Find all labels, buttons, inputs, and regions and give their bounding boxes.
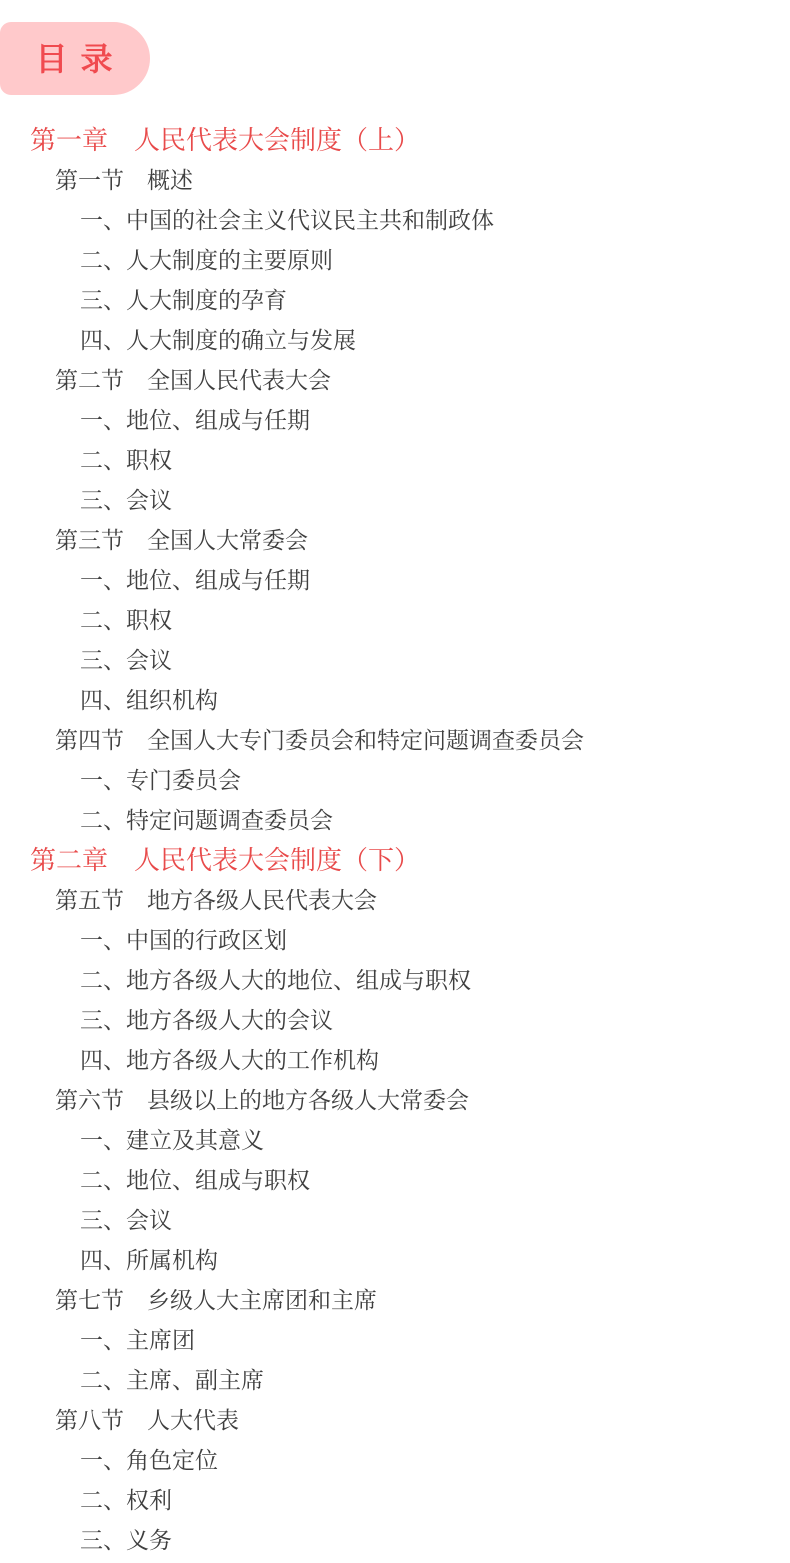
toc-entry-item: 一、中国的社会主义代议民主共和制政体 [0, 200, 790, 240]
toc-entry-item: 一、主席团 [0, 1320, 790, 1360]
toc-list: 第一章 人民代表大会制度（上） 第一节 概述 一、中国的社会主义代议民主共和制政… [0, 120, 790, 1560]
toc-entry-text: 第一章 人民代表大会制度（上） [30, 125, 420, 155]
toc-entry-item: 四、地方各级人大的工作机构 [0, 1040, 790, 1080]
toc-entry-chapter: 第一章 人民代表大会制度（上） [0, 120, 790, 160]
toc-entry-chapter: 第二章 人民代表大会制度（下） [0, 840, 790, 880]
toc-entry-text: 一、专门委员会 [80, 767, 241, 793]
toc-entry-item: 一、建立及其意义 [0, 1120, 790, 1160]
toc-entry-text: 一、建立及其意义 [80, 1127, 264, 1153]
toc-entry-text: 三、会议 [80, 647, 172, 673]
toc-entry-text: 四、所属机构 [80, 1247, 218, 1273]
toc-entry-item: 二、地位、组成与职权 [0, 1160, 790, 1200]
toc-entry-section: 第一节 概述 [0, 160, 790, 200]
toc-entry-text: 第一节 概述 [55, 167, 193, 193]
toc-entry-text: 四、人大制度的确立与发展 [80, 327, 356, 353]
toc-title-badge: 目 录 [0, 22, 150, 95]
toc-entry-item: 一、地位、组成与任期 [0, 560, 790, 600]
toc-entry-item: 四、组织机构 [0, 680, 790, 720]
toc-entry-item: 三、义务 [0, 1520, 790, 1560]
toc-entry-item: 二、权利 [0, 1480, 790, 1520]
toc-entry-section: 第四节 全国人大专门委员会和特定问题调查委员会 [0, 720, 790, 760]
toc-entry-section: 第八节 人大代表 [0, 1400, 790, 1440]
toc-entry-item: 二、职权 [0, 600, 790, 640]
toc-entry-text: 三、会议 [80, 1207, 172, 1233]
toc-entry-item: 一、角色定位 [0, 1440, 790, 1480]
toc-entry-section: 第二节 全国人民代表大会 [0, 360, 790, 400]
toc-entry-section: 第五节 地方各级人民代表大会 [0, 880, 790, 920]
toc-entry-text: 第八节 人大代表 [55, 1407, 239, 1433]
toc-entry-text: 三、人大制度的孕育 [80, 287, 287, 313]
toc-entry-item: 四、所属机构 [0, 1240, 790, 1280]
toc-entry-text: 三、义务 [80, 1527, 172, 1553]
toc-entry-item: 二、地方各级人大的地位、组成与职权 [0, 960, 790, 1000]
toc-entry-text: 二、职权 [80, 607, 172, 633]
toc-entry-text: 第三节 全国人大常委会 [55, 527, 308, 553]
toc-entry-text: 第二章 人民代表大会制度（下） [30, 845, 420, 875]
toc-entry-text: 二、地方各级人大的地位、组成与职权 [80, 967, 471, 993]
toc-entry-item: 三、地方各级人大的会议 [0, 1000, 790, 1040]
toc-entry-text: 三、会议 [80, 487, 172, 513]
toc-entry-text: 一、主席团 [80, 1327, 195, 1353]
toc-entry-item: 三、会议 [0, 1200, 790, 1240]
toc-entry-text: 第二节 全国人民代表大会 [55, 367, 331, 393]
toc-entry-text: 一、角色定位 [80, 1447, 218, 1473]
toc-entry-item: 一、中国的行政区划 [0, 920, 790, 960]
toc-entry-text: 二、人大制度的主要原则 [80, 247, 333, 273]
toc-entry-text: 第六节 县级以上的地方各级人大常委会 [55, 1087, 469, 1113]
toc-entry-item: 四、人大制度的确立与发展 [0, 320, 790, 360]
toc-entry-item: 二、特定问题调查委员会 [0, 800, 790, 840]
toc-entry-text: 一、地位、组成与任期 [80, 567, 310, 593]
toc-entry-section: 第三节 全国人大常委会 [0, 520, 790, 560]
toc-entry-section: 第六节 县级以上的地方各级人大常委会 [0, 1080, 790, 1120]
toc-title: 目 录 [36, 43, 115, 75]
toc-entry-text: 四、组织机构 [80, 687, 218, 713]
toc-entry-text: 三、地方各级人大的会议 [80, 1007, 333, 1033]
toc-entry-item: 三、会议 [0, 640, 790, 680]
toc-entry-item: 二、主席、副主席 [0, 1360, 790, 1400]
toc-entry-text: 四、地方各级人大的工作机构 [80, 1047, 379, 1073]
toc-entry-text: 二、地位、组成与职权 [80, 1167, 310, 1193]
toc-entry-text: 二、权利 [80, 1487, 172, 1513]
toc-entry-item: 一、专门委员会 [0, 760, 790, 800]
toc-entry-text: 一、中国的社会主义代议民主共和制政体 [80, 207, 494, 233]
toc-entry-text: 第五节 地方各级人民代表大会 [55, 887, 377, 913]
toc-entry-section: 第七节 乡级人大主席团和主席 [0, 1280, 790, 1320]
toc-entry-item: 二、人大制度的主要原则 [0, 240, 790, 280]
toc-entry-item: 三、会议 [0, 480, 790, 520]
toc-entry-text: 一、中国的行政区划 [80, 927, 287, 953]
toc-entry-text: 二、特定问题调查委员会 [80, 807, 333, 833]
toc-page: 目 录 第一章 人民代表大会制度（上） 第一节 概述 一、中国的社会主义代议民主… [0, 0, 790, 1563]
toc-entry-item: 二、职权 [0, 440, 790, 480]
toc-entry-text: 二、职权 [80, 447, 172, 473]
toc-entry-text: 第四节 全国人大专门委员会和特定问题调查委员会 [55, 727, 584, 753]
toc-entry-text: 一、地位、组成与任期 [80, 407, 310, 433]
toc-entry-item: 三、人大制度的孕育 [0, 280, 790, 320]
toc-entry-text: 二、主席、副主席 [80, 1367, 264, 1393]
toc-entry-item: 一、地位、组成与任期 [0, 400, 790, 440]
toc-entry-text: 第七节 乡级人大主席团和主席 [55, 1287, 377, 1313]
